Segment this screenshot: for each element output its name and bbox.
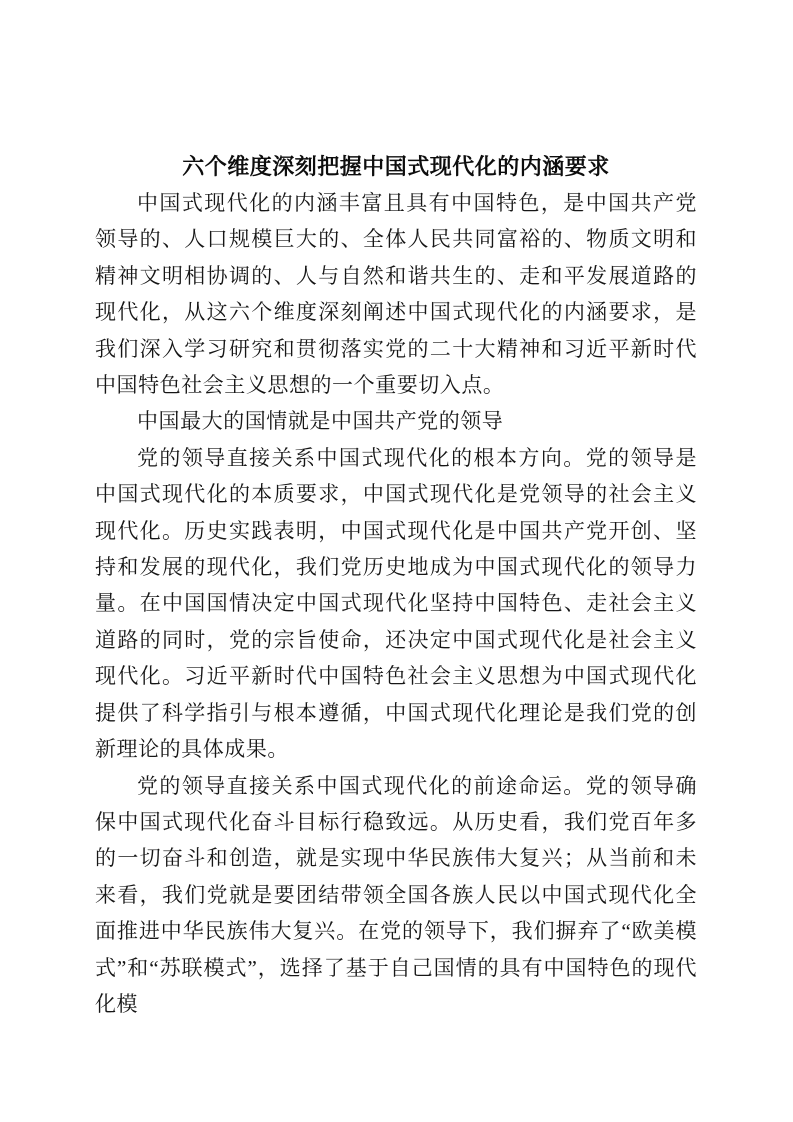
paragraph-party-leadership-destiny: 党的领导直接关系中国式现代化的前途命运。党的领导确保中国式现代化奋斗目标行稳致远… xyxy=(95,768,697,1023)
document-page: 六个维度深刻把握中国式现代化的内涵要求 中国式现代化的内涵丰富且具有中国特色，是… xyxy=(0,0,793,1122)
paragraph-party-leadership-direction: 党的领导直接关系中国式现代化的根本方向。党的领导是中国式现代化的本质要求，中国式… xyxy=(95,440,697,768)
paragraph-intro: 中国式现代化的内涵丰富且具有中国特色，是中国共产党领导的、人口规模巨大的、全体人… xyxy=(95,185,697,403)
section-heading: 中国最大的国情就是中国共产党的领导 xyxy=(95,403,697,439)
document-title: 六个维度深刻把握中国式现代化的内涵要求 xyxy=(95,148,697,185)
